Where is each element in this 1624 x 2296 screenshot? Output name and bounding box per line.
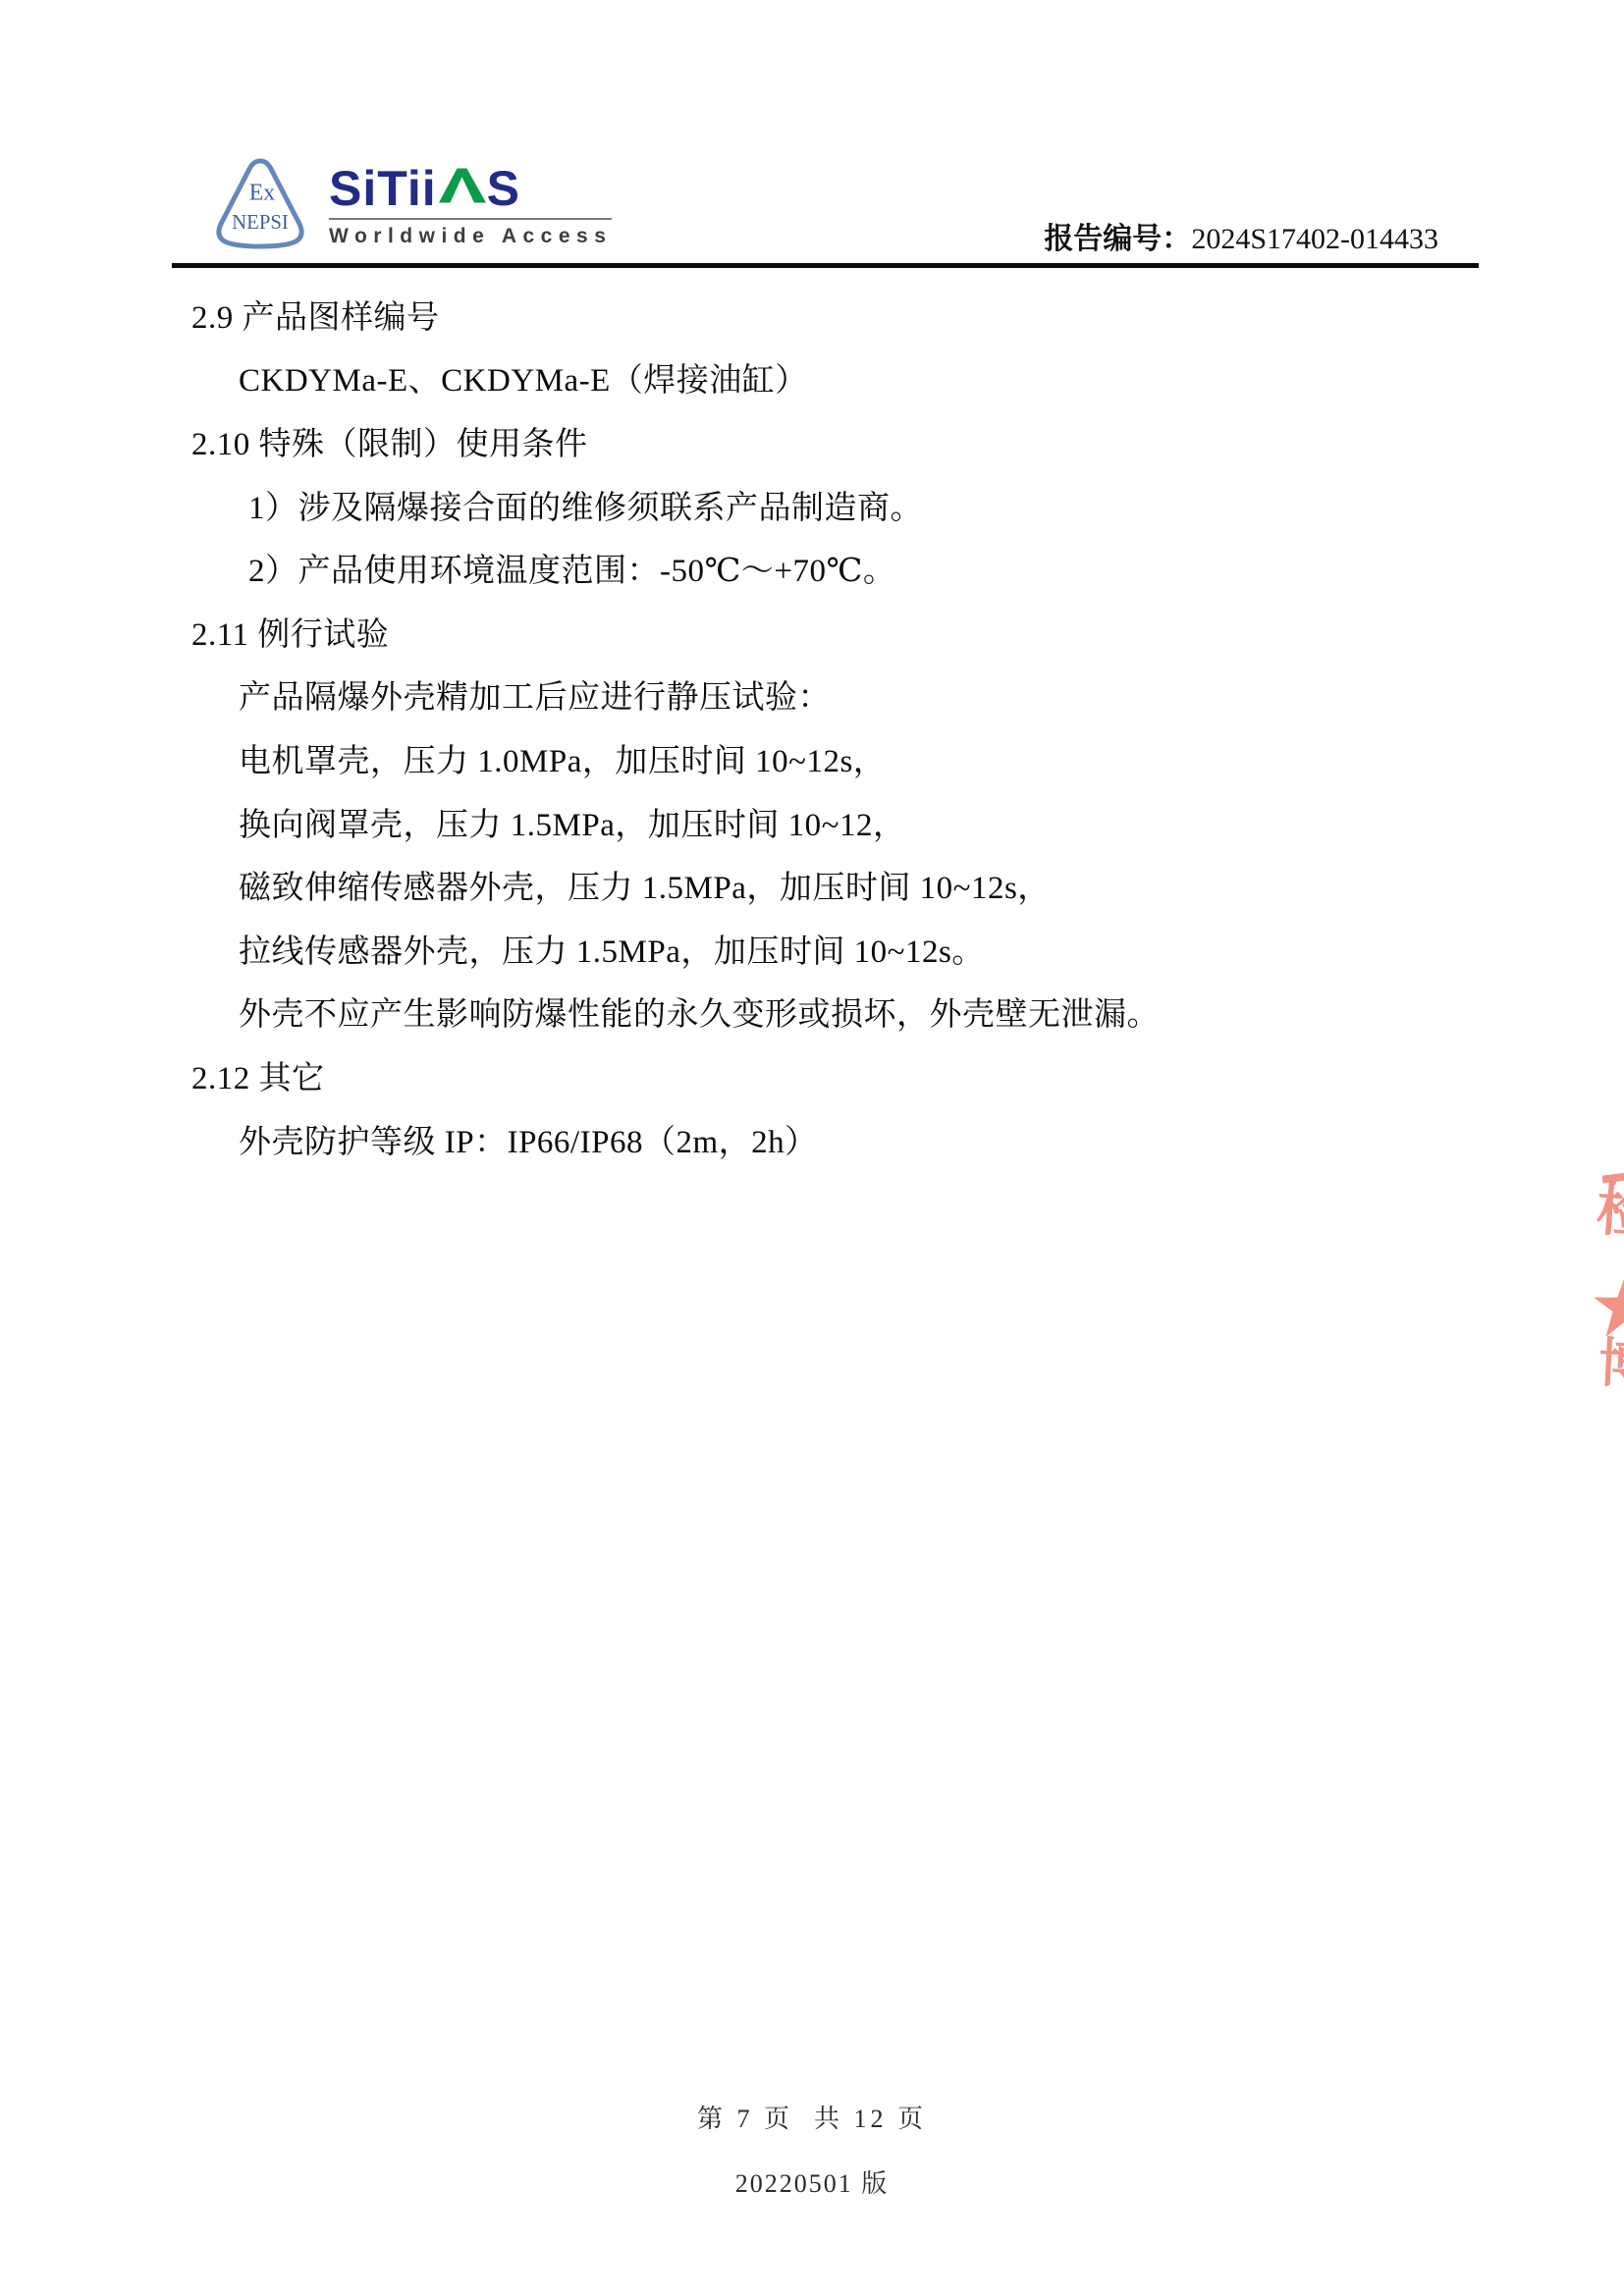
badge-ex-text: Ex [249,181,276,206]
footer-version: 20220501 版 [0,2163,1624,2200]
wordmark-pre-text: SiTii [329,164,437,213]
stamp-fragment-char-1: 检 [1595,1182,1624,1243]
test-line-valve: 换向阀罩壳，压力 1.5MPa，加压时间 10~12， [239,790,1506,854]
report-number-line: 报告编号：2024S17402-014433 [1044,214,1438,257]
header-divider [172,263,1479,268]
stamp-fragment-char-2: 博 [1597,1337,1624,1393]
stamp-fragment-bar [1602,1172,1624,1183]
condition-item-1: 1）涉及隔爆接合面的维修须联系产品制造商。 [248,473,1506,537]
condition-item-2: 2）产品使用环境温度范围：-50℃～+70℃。 [248,536,1506,600]
report-page: Ex NEPSI SiTii S Worldwide Access 报告编号：2… [0,0,1624,2296]
logo-tagline: Worldwide Access [329,218,612,248]
report-number-value: 2024S17402-014433 [1191,223,1438,255]
test-line-pullwire: 拉线传感器外壳，压力 1.5MPa，加压时间 10~12s。 [239,917,1506,981]
document-body: 2.9 产品图样编号CKDYMa-E、CKDYMa-E（焊接油缸）2.10 特殊… [191,283,1506,1170]
section-heading-2-10: 2.10 特殊（限制）使用条件 [191,409,1506,473]
ex-nepsi-badge-icon: Ex NEPSI [211,157,309,250]
section-heading-2-11: 2.11 例行试验 [191,600,1506,664]
footer-page-number: 第 7 页 共 12 页 [0,2099,1624,2135]
badge-nepsi-text: NEPSI [232,211,289,234]
sitiias-wordmark: SiTii S [329,157,612,213]
test-line-magneto: 磁致伸缩传感器外壳，压力 1.5MPa，加压时间 10~12s， [239,853,1506,917]
test-result-line: 外壳不应产生影响防爆性能的永久变形或损坏，外壳壁无泄漏。 [239,981,1506,1044]
test-line-motor: 电机罩壳，压力 1.0MPa，加压时间 10~12s， [239,726,1506,790]
wordmark-column: SiTii S Worldwide Access [329,157,612,248]
star-stamp-icon [1593,1276,1624,1339]
routine-test-intro: 产品隔爆外壳精加工后应进行静压试验： [239,664,1506,727]
report-number-label: 报告编号： [1044,223,1191,255]
wordmark-post-text: S [487,164,520,213]
company-logo: Ex NEPSI SiTii S Worldwide Access [211,157,612,250]
drawing-number-line: CKDYMa-E、CKDYMa-E（焊接油缸） [239,347,1506,410]
ip-rating-line: 外壳防护等级 IP：IP66/IP68（2m，2h） [239,1107,1506,1171]
green-a-icon [439,157,486,214]
section-heading-2-9: 2.9 产品图样编号 [191,283,1506,347]
section-heading-2-12: 2.12 其它 [191,1043,1506,1107]
